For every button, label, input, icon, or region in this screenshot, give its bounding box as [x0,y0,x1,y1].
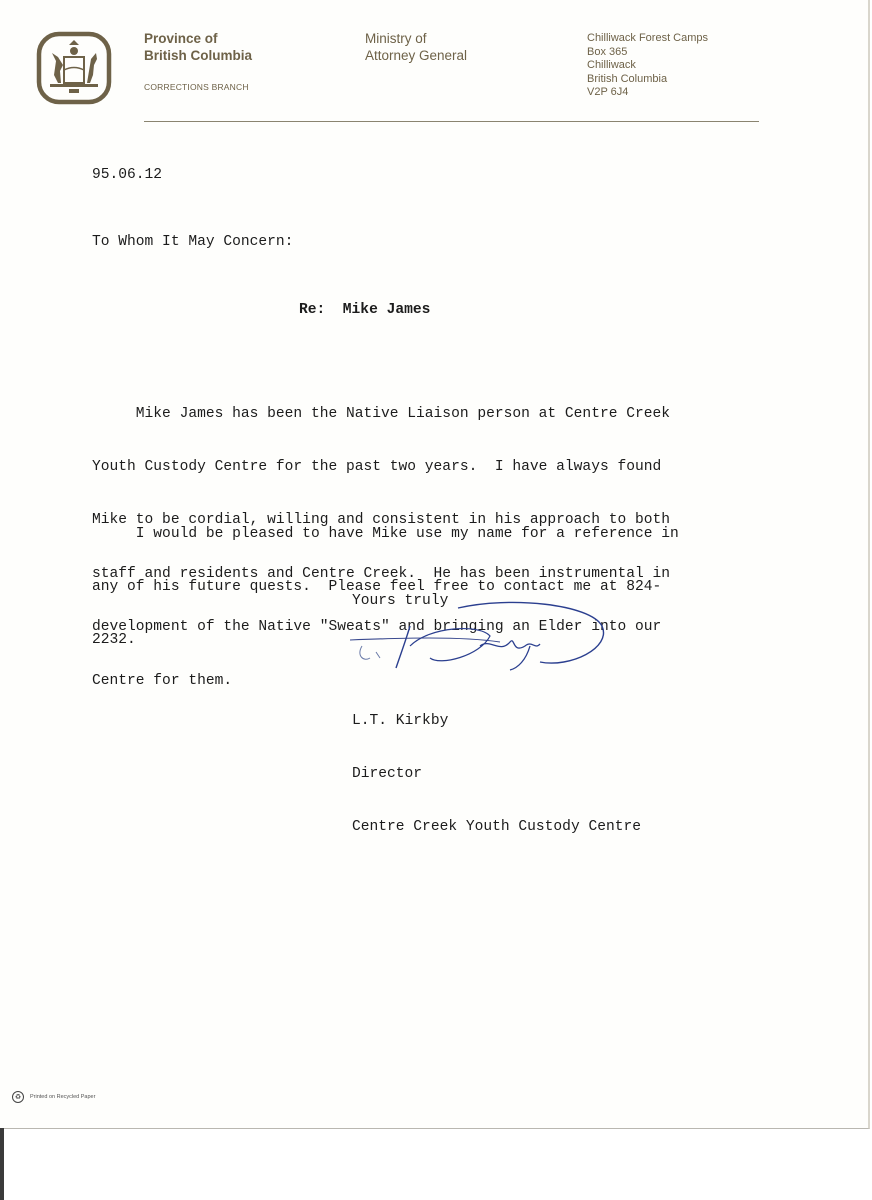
address-line: Chilliwack Forest Camps [587,32,708,46]
paragraph-line: Mike James has been the Native Liaison p… [92,406,670,424]
paragraph-line: I would be pleased to have Mike use my n… [92,526,679,544]
recycled-paper-notice: ♻ Printed on Recycled Paper [12,1091,95,1103]
signer-title: Director [352,766,641,784]
re-subject: Mike James [343,302,431,318]
address-line: British Columbia [587,73,708,87]
letter-date: 95.06.12 [92,167,162,185]
letterhead-divider [144,121,759,122]
ministry-line1: Ministry of [365,30,467,47]
signer-organization: Centre Creek Youth Custody Centre [352,819,641,837]
province-name: Province of British Columbia [144,30,252,64]
scan-edge [0,1128,4,1200]
re-label: Re: [299,302,325,318]
ministry-name: Ministry of Attorney General [365,30,467,64]
recycle-icon: ♻ [12,1091,24,1103]
return-address: Chilliwack Forest Camps Box 365 Chilliwa… [587,32,708,100]
address-line: Box 365 [587,46,708,60]
coat-of-arms-icon [36,31,112,105]
footer-text: Printed on Recycled Paper [30,1094,95,1100]
address-line: Chilliwack [587,59,708,73]
signature-block: L.T. Kirkby Director Centre Creek Youth … [352,677,641,873]
ministry-line2: Attorney General [365,47,467,64]
branch-name: CORRECTIONS BRANCH [144,82,249,92]
signer-name: L.T. Kirkby [352,713,641,731]
subject-line: Re: Mike James [299,302,430,320]
address-line: V2P 6J4 [587,86,708,100]
paragraph-line: Youth Custody Centre for the past two ye… [92,459,670,477]
salutation: To Whom It May Concern: [92,234,293,252]
province-line1: Province of [144,30,252,47]
signature-icon [340,596,610,676]
letter-page: Province of British Columbia CORRECTIONS… [0,0,870,1129]
province-line2: British Columbia [144,47,252,64]
